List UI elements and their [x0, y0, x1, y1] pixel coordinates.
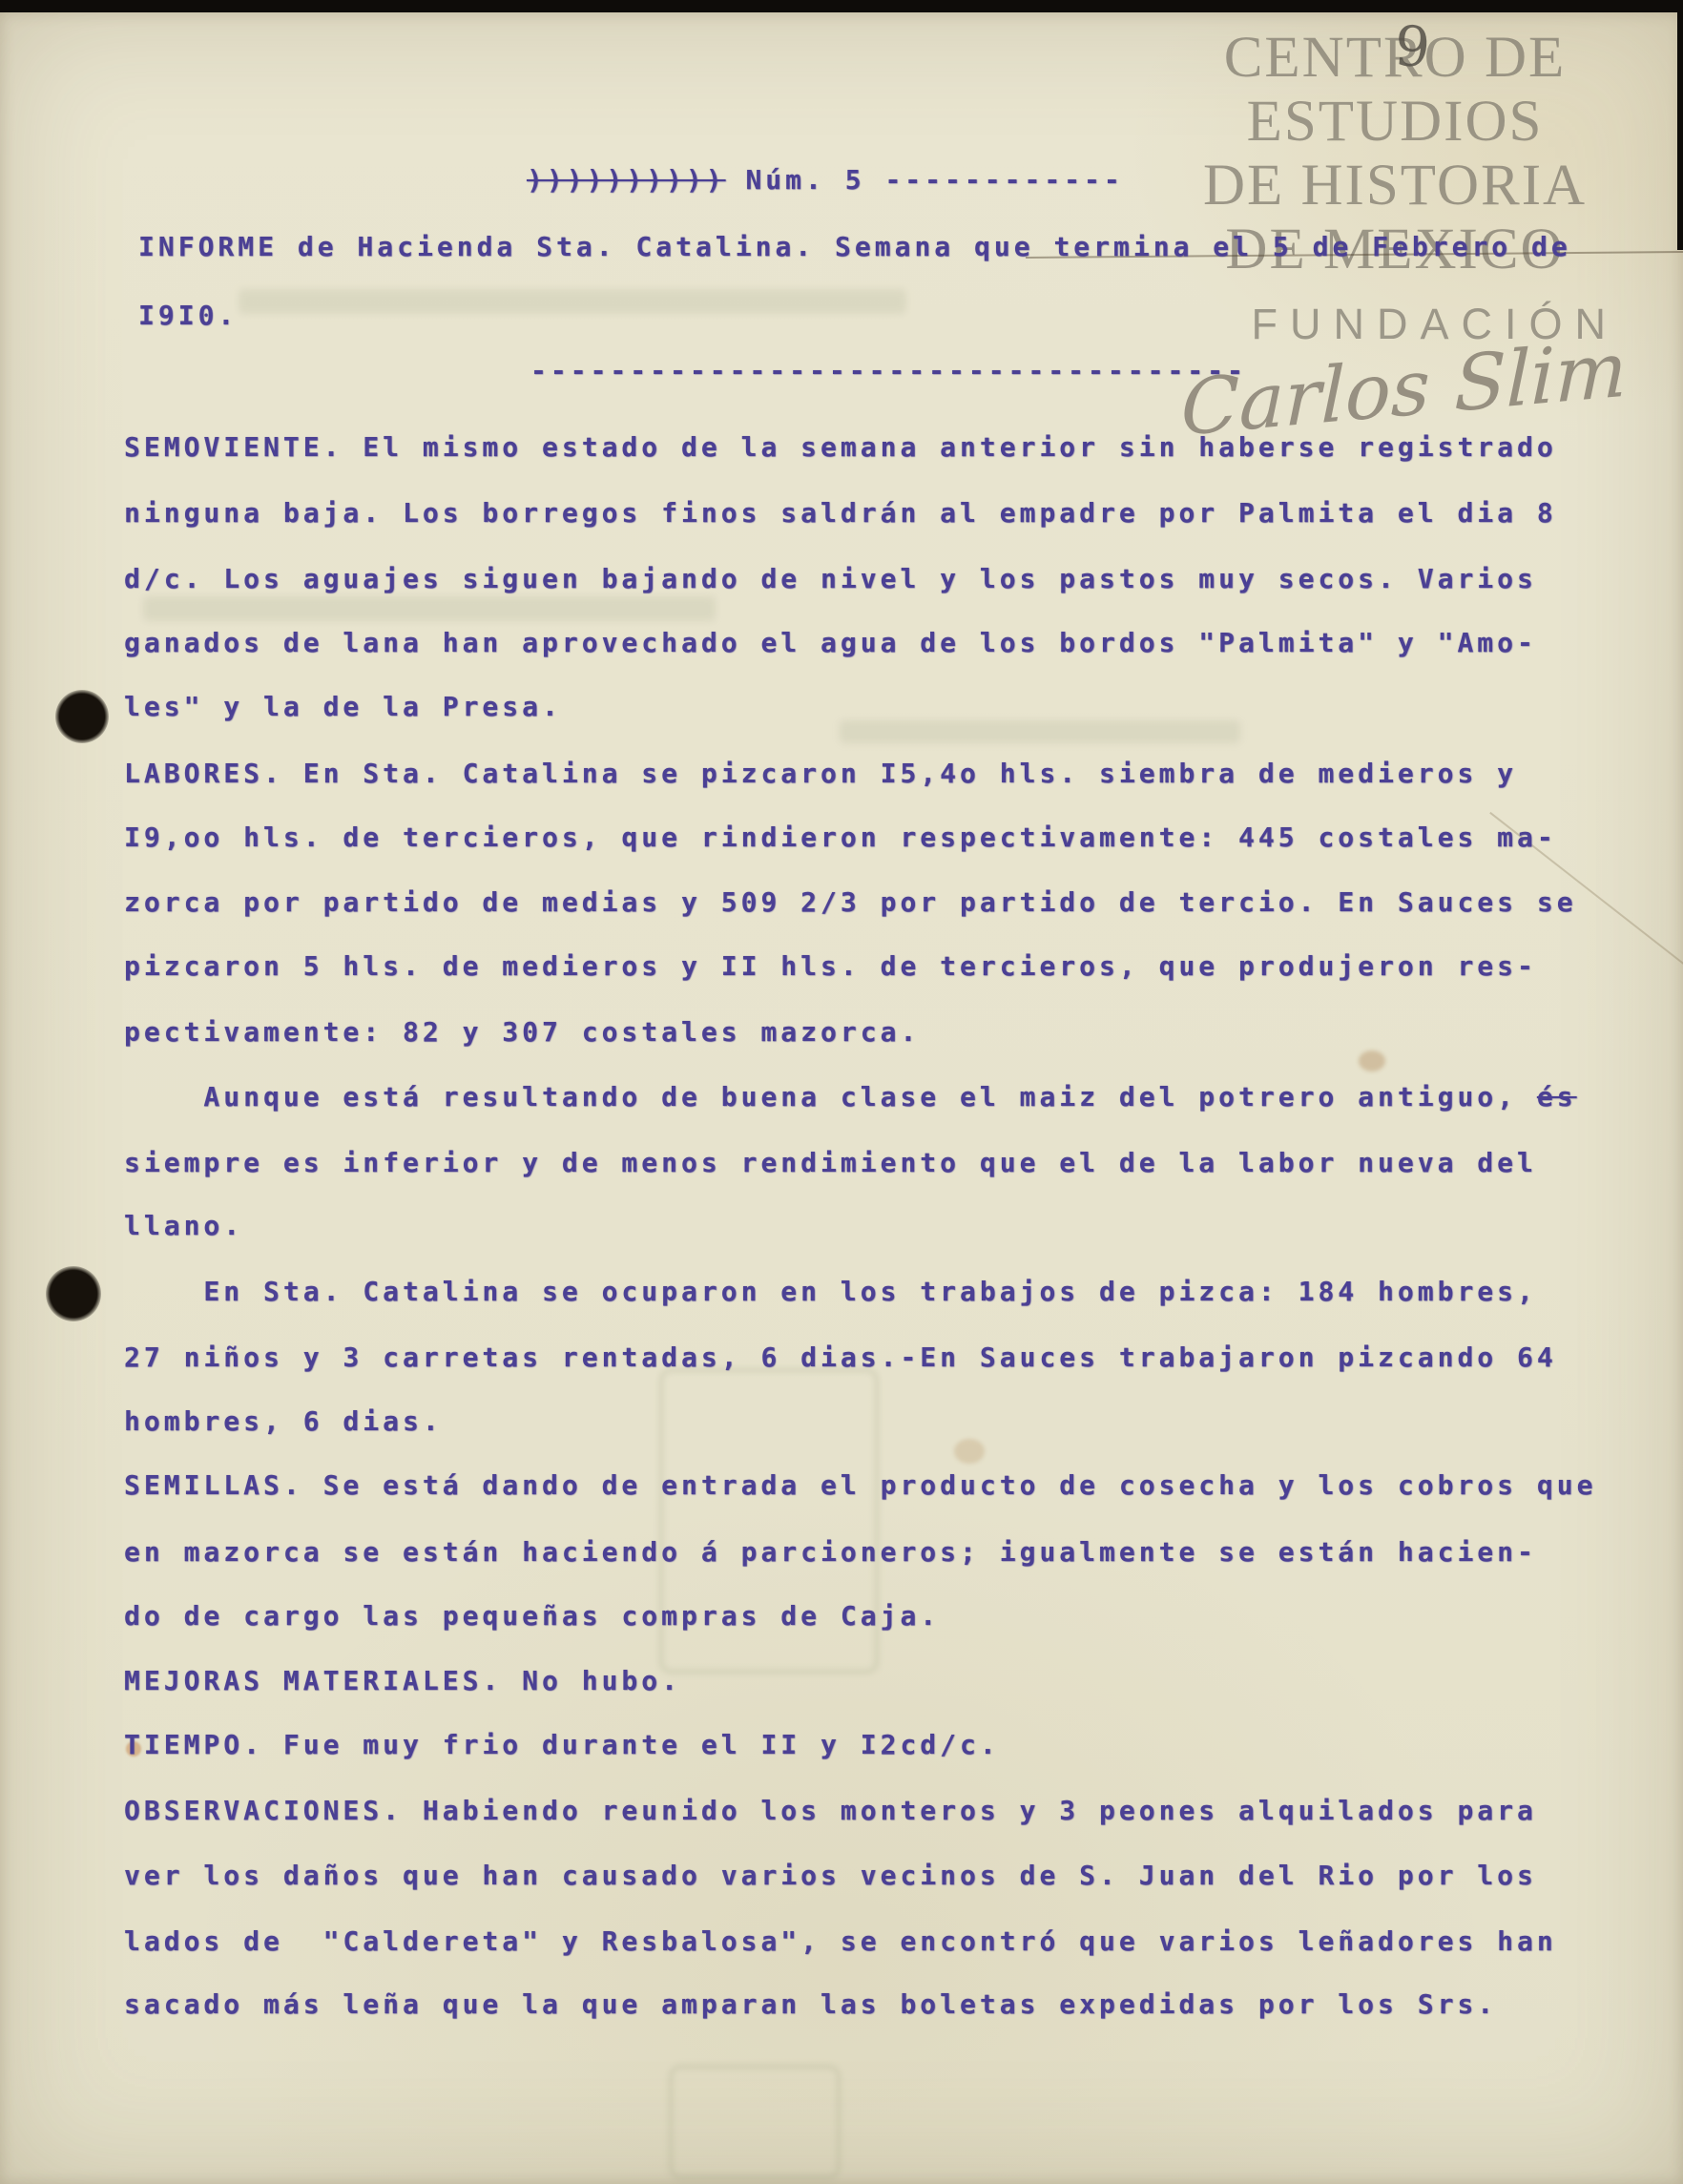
paper-sheet: CENTRO DE ESTUDIOS DE HISTORIA DE MEXICO… — [0, 12, 1683, 2184]
punch-hole — [55, 690, 109, 743]
typed-line: d/c. Los aguajes siguen bajando de nivel… — [124, 547, 1596, 612]
typed-strikeout-text: és — [1537, 1081, 1577, 1113]
ink-bleed-box — [668, 2064, 841, 2180]
typed-line: MEJORAS MATERIALES. No hubo. — [124, 1649, 1596, 1714]
typed-line: ninguna baja. Los borregos finos saldrán… — [124, 481, 1596, 546]
typed-strikeout-marks: )))))))))) — [527, 164, 726, 196]
scanned-document-page: { "page": { "handwritten_number": "9", "… — [0, 0, 1683, 2184]
typed-line: En Sta. Catalina se ocuparon en los trab… — [124, 1259, 1596, 1324]
handwritten-page-number: 9 — [1393, 13, 1433, 80]
typed-line: do de cargo las pequeñas compras de Caja… — [124, 1584, 1596, 1649]
dashed-separator: ------------------------------------ — [530, 355, 1247, 386]
typed-line: pectivamente: 82 y 307 costales mazorca. — [124, 1000, 1596, 1065]
typed-line: sacado más leña que la que amparan las b… — [124, 1972, 1596, 2037]
typed-line: siempre es inferior y de menos rendimien… — [124, 1131, 1596, 1196]
document-number: Núm. 5 — [745, 164, 864, 196]
typed-line: OBSERVACIONES. Habiendo reunido los mont… — [124, 1778, 1596, 1843]
typed-line: 27 niños y 3 carretas rentadas, 6 dias.-… — [124, 1325, 1596, 1390]
typed-line: Aunque está resultando de buena clase el… — [124, 1065, 1596, 1130]
photo-edge — [1677, 0, 1683, 250]
typed-line: LABORES. En Sta. Catalina se pizcaron I5… — [124, 741, 1596, 806]
typed-line: ganados de lana han aprovechado el agua … — [124, 611, 1596, 676]
typed-line: SEMOVIENTE. El mismo estado de la semana… — [124, 415, 1596, 480]
typed-line: en mazorca se están haciendo á parcioner… — [124, 1520, 1596, 1585]
typed-line: hombres, 6 dias. — [124, 1389, 1596, 1454]
typed-line: zorca por partido de medias y 509 2/3 po… — [124, 870, 1596, 935]
document-title-line1: INFORME de Hacienda Sta. Catalina. Seman… — [138, 231, 1571, 262]
typed-body: SEMOVIENTE. El mismo estado de la semana… — [124, 416, 1596, 2038]
trailing-dashes: ------------ — [884, 164, 1123, 196]
typed-line: pizcaron 5 hls. de medieros y II hls. de… — [124, 934, 1596, 999]
typed-line: SEMILLAS. Se está dando de entrada el pr… — [124, 1453, 1596, 1518]
watermark-line: DE HISTORIA — [1166, 154, 1624, 218]
typed-line: TIEMPO. Fue muy frio durante el II y I2c… — [124, 1713, 1596, 1778]
typed-line: I9,oo hls. de tercieros, que rindieron r… — [124, 805, 1596, 870]
watermark-line: ESTUDIOS — [1166, 90, 1624, 154]
document-number-line: )))))))))) Núm. 5 ------------ — [527, 164, 1124, 196]
typed-line: les" y la de la Presa. — [124, 675, 1596, 739]
typed-line: ver los daños que han causado varios vec… — [124, 1843, 1596, 1908]
punch-hole — [46, 1266, 101, 1321]
typed-line: llano. — [124, 1194, 1596, 1258]
document-title-line2: I9I0. — [138, 300, 238, 331]
ink-bleed-smudge — [239, 289, 906, 314]
photo-edge — [0, 0, 1683, 12]
typed-line: lados de "Caldereta" y Resbalosa", se en… — [124, 1909, 1596, 1974]
